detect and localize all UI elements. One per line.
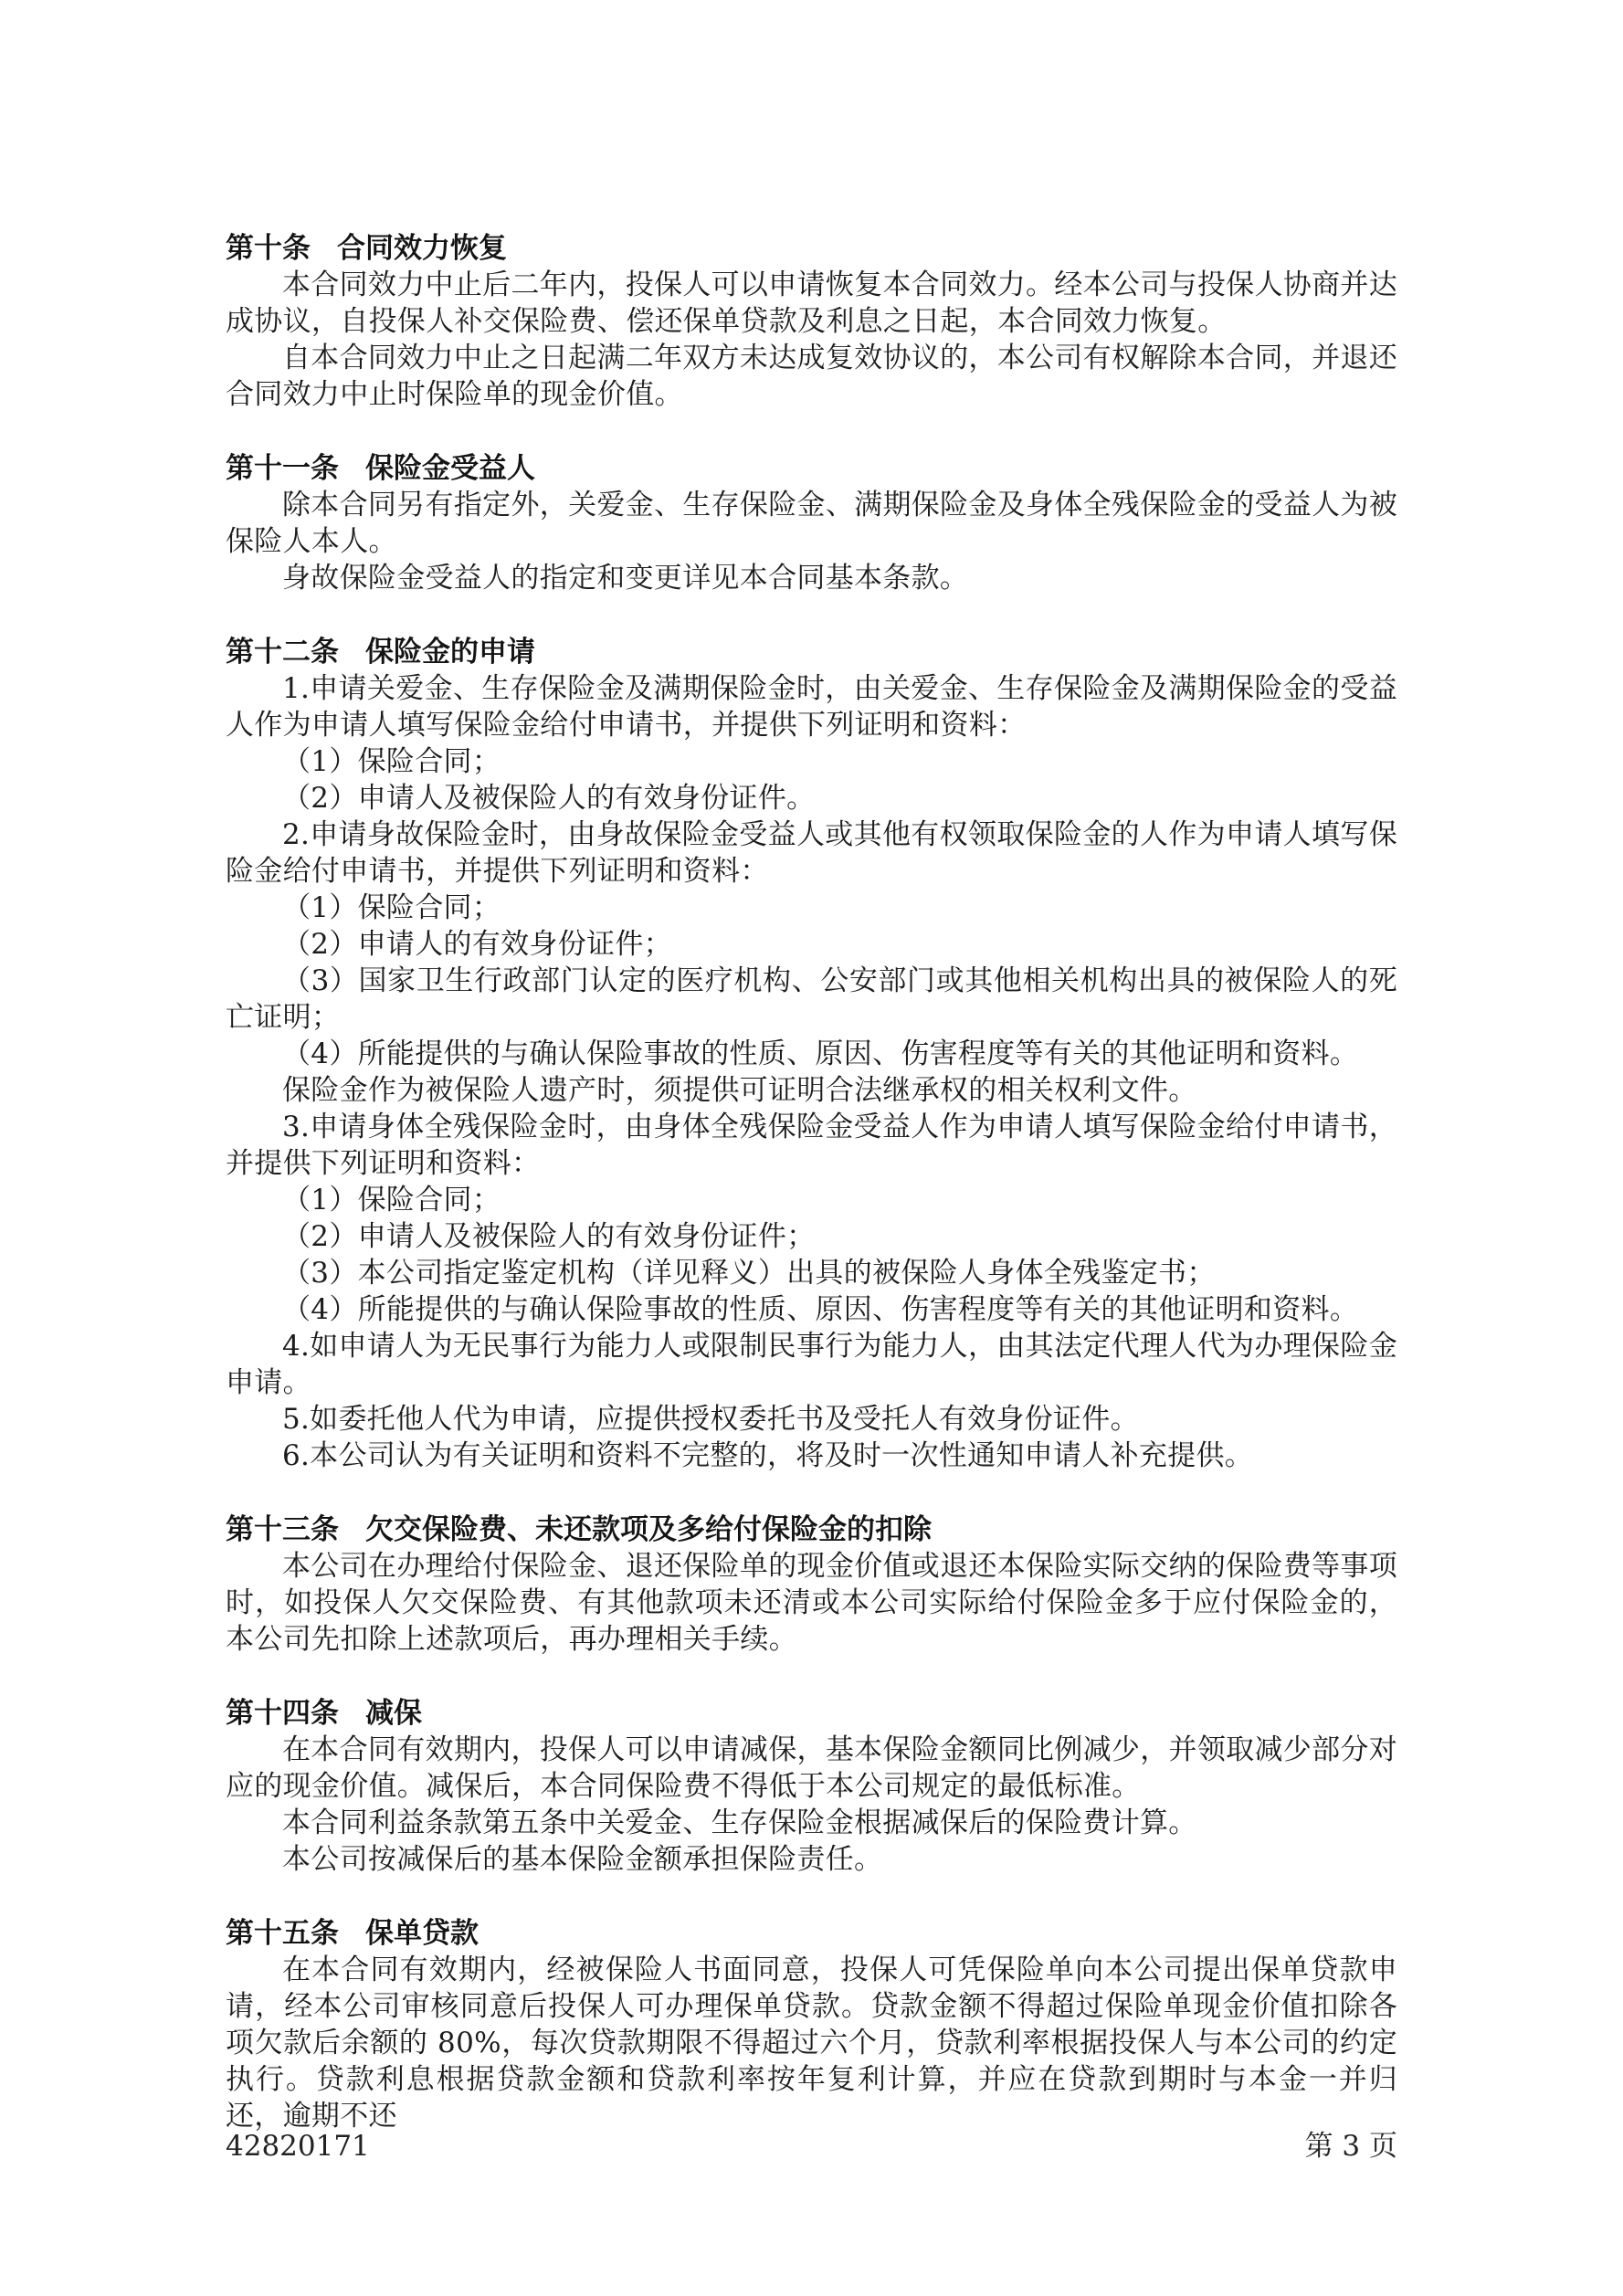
clause-heading: 第十三条欠交保险费、未还款项及多给付保险金的扣除 — [226, 1511, 1397, 1548]
clause-paragraph: （1）保险合同； — [226, 890, 1397, 926]
clause-paragraph: 除本合同另有指定外，关爱金、生存保险金、满期保险金及身体全残保险金的受益人为被保… — [226, 487, 1397, 560]
clause-number: 第十条 — [226, 232, 311, 264]
clause-paragraph: （1）保险合同； — [226, 743, 1397, 780]
clause-paragraph: 在本合同有效期内，经被保险人书面同意，投保人可凭保险单向本公司提出保单贷款申请，… — [226, 1952, 1397, 2134]
clause-title: 合同效力恢复 — [337, 232, 507, 264]
clause-number: 第十二条 — [226, 636, 339, 668]
clause-paragraph: 在本合同有效期内，投保人可以申请减保，基本保险金额同比例减少，并领取减少部分对应… — [226, 1732, 1397, 1805]
clause-paragraph: 2.申请身故保险金时，由身故保险金受益人或其他有权领取保险金的人作为申请人填写保… — [226, 816, 1397, 890]
clause-heading: 第十五条保单贷款 — [226, 1915, 1397, 1952]
clause-paragraph: （2）申请人及被保险人的有效身份证件； — [226, 1218, 1397, 1255]
clause-paragraph: 5.如委托他人代为申请，应提供授权委托书及受托人有效身份证件。 — [226, 1401, 1397, 1438]
clause-paragraph: （3）本公司指定鉴定机构（详见释义）出具的被保险人身体全残鉴定书； — [226, 1255, 1397, 1291]
clause-paragraph: 本公司按减保后的基本保险金额承担保险责任。 — [226, 1841, 1397, 1878]
clause-number: 第十一条 — [226, 452, 339, 484]
clause-paragraph: （4）所能提供的与确认保险事故的性质、原因、伤害程度等有关的其他证明和资料。 — [226, 1036, 1397, 1072]
clause-number: 第十三条 — [226, 1513, 339, 1545]
clause-heading: 第十二条保险金的申请 — [226, 634, 1397, 670]
clause-number: 第十四条 — [226, 1697, 339, 1729]
clause-title: 保险金受益人 — [365, 452, 535, 484]
clause-title: 保险金的申请 — [365, 636, 535, 668]
clause-paragraph: 保险金作为被保险人遗产时，须提供可证明合法继承权的相关权利文件。 — [226, 1072, 1397, 1109]
clause-paragraph: （1）保险合同； — [226, 1182, 1397, 1218]
clause-paragraph: 3.申请身体全残保险金时，由身体全残保险金受益人作为申请人填写保险金给付申请书，… — [226, 1109, 1397, 1182]
clause-paragraph: 本合同效力中止后二年内，投保人可以申请恢复本合同效力。经本公司与投保人协商并达成… — [226, 267, 1397, 340]
clause-paragraph: （2）申请人的有效身份证件； — [226, 926, 1397, 963]
clause-paragraph: 1.申请关爱金、生存保险金及满期保险金时，由关爱金、生存保险金及满期保险金的受益… — [226, 670, 1397, 743]
clause-paragraph: 本合同利益条款第五条中关爱金、生存保险金根据减保后的保险费计算。 — [226, 1805, 1397, 1841]
clause-title: 欠交保险费、未还款项及多给付保险金的扣除 — [365, 1513, 932, 1545]
clause-paragraph: （2）申请人及被保险人的有效身份证件。 — [226, 780, 1397, 816]
clause-paragraph: 自本合同效力中止之日起满二年双方未达成复效协议的，本公司有权解除本合同，并退还合… — [226, 340, 1397, 413]
clause-paragraph: 6.本公司认为有关证明和资料不完整的，将及时一次性通知申请人补充提供。 — [226, 1438, 1397, 1474]
document-page: 第十条合同效力恢复 本合同效力中止后二年内，投保人可以申请恢复本合同效力。经本公… — [0, 0, 1623, 2296]
clause-heading: 第十四条减保 — [226, 1695, 1397, 1732]
clause-paragraph: 4.如申请人为无民事行为能力人或限制民事行为能力人，由其法定代理人代为办理保险金… — [226, 1328, 1397, 1401]
footer-page-number: 第 3 页 — [1305, 2128, 1397, 2164]
clause-heading: 第十条合同效力恢复 — [226, 230, 1397, 267]
contract-clauses: 第十条合同效力恢复 本合同效力中止后二年内，投保人可以申请恢复本合同效力。经本公… — [226, 230, 1397, 2134]
clause-title: 减保 — [365, 1697, 422, 1729]
clause-heading: 第十一条保险金受益人 — [226, 450, 1397, 487]
clause-paragraph: （4）所能提供的与确认保险事故的性质、原因、伤害程度等有关的其他证明和资料。 — [226, 1291, 1397, 1328]
clause-title: 保单贷款 — [365, 1917, 479, 1949]
clause-number: 第十五条 — [226, 1917, 339, 1949]
footer-document-code: 42820171 — [226, 2128, 370, 2164]
clause-paragraph: 身故保险金受益人的指定和变更详见本合同基本条款。 — [226, 560, 1397, 596]
clause-paragraph: 本公司在办理给付保险金、退还保险单的现金价值或退还本保险实际交纳的保险费等事项时… — [226, 1548, 1397, 1658]
clause-paragraph: （3）国家卫生行政部门认定的医疗机构、公安部门或其他相关机构出具的被保险人的死亡… — [226, 963, 1397, 1036]
